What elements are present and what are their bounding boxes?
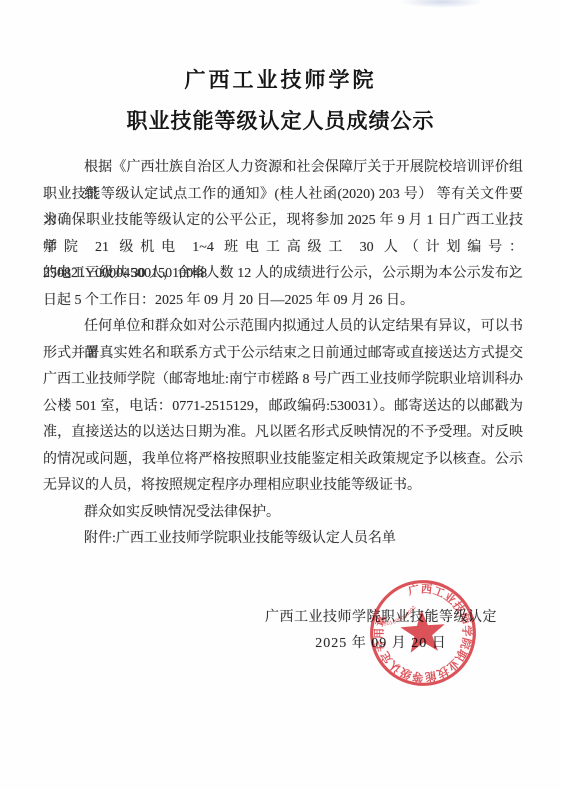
document-header: 广西工业技师学院 职业技能等级认定人员成绩公示 (0, 68, 561, 135)
closing-block: 广西工业技师学院职业技能等级认定 2025 年 09 月 20 日 (265, 608, 497, 654)
body-line: 附件:广西工业技师学院职业技能等级认定人员名单 (43, 526, 523, 553)
scan-smudge-artifact (400, 0, 484, 8)
doc-subtitle: 职业技能等级认定人员成绩公示 (0, 109, 561, 135)
body-line: 任何单位和群众如对公示范围内拟通过人员的认定结果有异议，可以书面 (43, 314, 523, 341)
body-line: 日起 5 个工作日：2025 年 09 月 20 日—2025 年 09 月 2… (43, 288, 523, 315)
body-line: 形式并署真实姓名和联系方式于公示结束之日前通过邮寄或直接送达方式提交 (43, 341, 523, 368)
body-line: 根据《广西壮族自治区人力资源和社会保障厅关于开展院校培训评价组织 (43, 155, 523, 182)
doc-title: 广西工业技师学院 (0, 68, 561, 94)
scanned-announcement-page: 广西工业技师学院 职业技能等级认定人员成绩公示 根据《广西壮族自治区人力资源和社… (0, 0, 561, 790)
body-text: 根据《广西壮族自治区人力资源和社会保障厅关于开展院校培训评价组织职业技能等级认定… (43, 155, 523, 553)
closing-date: 2025 年 09 月 20 日 (265, 634, 497, 654)
body-line: 职业技能等级认定试点工作的通知》(桂人社函(2020) 203 号） 等有关文件… (43, 182, 523, 209)
body-line: 准，直接送达的以送达日期为准。凡以匿名形式反映情况的不予受理。对反映 (43, 420, 523, 447)
body-line: 群众如实反映情况受法律保护。 (43, 500, 523, 527)
body-line: 的电工三级共 30 人，合格人数 12 人的成绩进行公示，公示期为本公示发布之 (43, 261, 523, 288)
body-line: 无异议的人员，将按照规定程序办理相应职业技能等级证书。 (43, 473, 523, 500)
body-line: 广西工业技师学院（邮寄地址:南宁市槎路 8 号广西工业技师学院职业培训科办 (43, 367, 523, 394)
body-line: 为确保职业技能等级认定的公平公正，现将参加 2025 年 9 月 1 日广西工业… (43, 208, 523, 235)
body-line: 学院 21 级机电 1~4 班电工高级工 30 人（计划编号：250821Y00… (43, 235, 523, 262)
body-line: 的情况或问题，我单位将严格按照职业技能鉴定相关政策规定予以核查。公示 (43, 447, 523, 474)
closing-org: 广西工业技师学院职业技能等级认定 (265, 608, 497, 628)
body-line: 公楼 501 室，电话：0771-2515129，邮政编码:530031）。邮寄… (43, 394, 523, 421)
